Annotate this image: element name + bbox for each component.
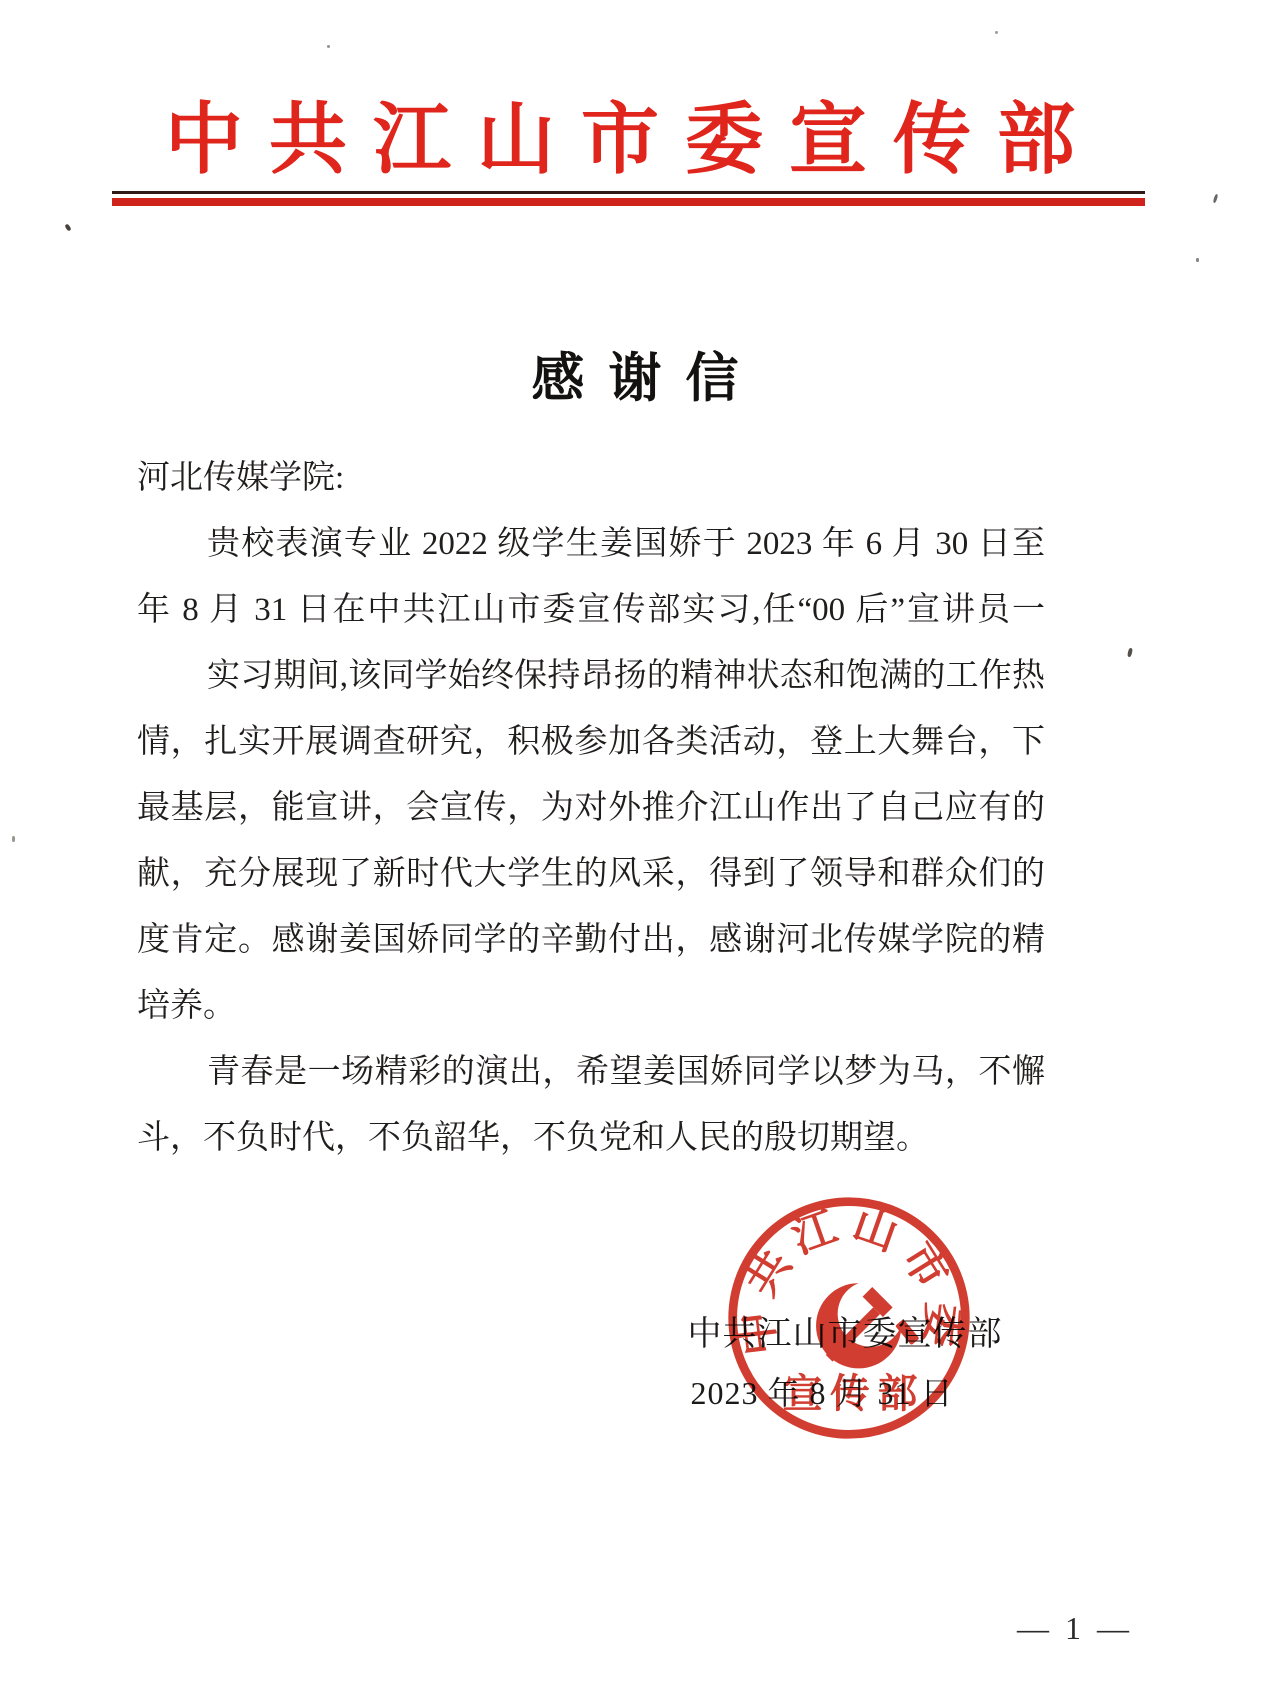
body-line-1: 贵校表演专业 2022 级学生姜国娇于 2023 年 6 月 30 日至 202… xyxy=(137,511,1045,577)
scan-artifact xyxy=(1196,258,1199,262)
body-line-6: 献，充分展现了新时代大学生的风采，得到了领导和群众们的高 xyxy=(137,841,1045,907)
body-line-9: 青春是一场精彩的演出，希望姜国娇同学以梦为马，不懈奋 xyxy=(137,1039,1045,1105)
letter-body: 河北传媒学院: 贵校表演专业 2022 级学生姜国娇于 2023 年 6 月 3… xyxy=(137,445,1045,1171)
letterhead-divider-dark-line xyxy=(112,191,1145,194)
hammer-sickle-icon xyxy=(816,1283,919,1368)
official-seal-graphic: 中共江山市委 宣传部 xyxy=(723,1192,975,1444)
scan-artifact xyxy=(64,223,71,231)
letterhead-divider-red-line xyxy=(112,198,1145,206)
body-line-5: 最基层，能宣讲，会宣传，为对外推介江山作出了自己应有的贡 xyxy=(137,775,1045,841)
official-seal: 中共江山市委 宣传部 xyxy=(723,1192,975,1444)
body-line-7: 度肯定。感谢姜国娇同学的辛勤付出，感谢河北传媒学院的精心 xyxy=(137,907,1045,973)
body-line-4: 情，扎实开展调查研究，积极参加各类活动，登上大舞台，下到 xyxy=(137,709,1045,775)
scanned-letter-page: { "document": { "letterhead": "中共江山市委宣传部… xyxy=(0,0,1280,1703)
body-line-2: 年 8 月 31 日在中共江山市委宣传部实习,任“00 后”宣讲员一职。 xyxy=(137,577,1045,643)
body-line-10: 斗，不负时代，不负韶华，不负党和人民的殷切期望。 xyxy=(137,1105,1045,1171)
scan-artifact xyxy=(327,45,330,48)
salutation: 河北传媒学院: xyxy=(137,445,1045,511)
scan-artifact xyxy=(995,31,998,34)
page-number: — 1 — xyxy=(1017,1610,1133,1647)
letterhead-org-title: 中共江山市委宣传部 xyxy=(165,98,1101,182)
body-line-8: 培养。 xyxy=(137,973,1045,1039)
seal-bottom-text: 宣传部 xyxy=(783,1372,925,1416)
body-line-3: 实习期间,该同学始终保持昂扬的精神状态和饱满的工作热 xyxy=(137,643,1045,709)
scan-artifact xyxy=(1213,194,1219,203)
scan-artifact xyxy=(1127,648,1133,658)
scan-artifact xyxy=(12,836,15,842)
document-title: 感谢信 xyxy=(531,336,762,412)
